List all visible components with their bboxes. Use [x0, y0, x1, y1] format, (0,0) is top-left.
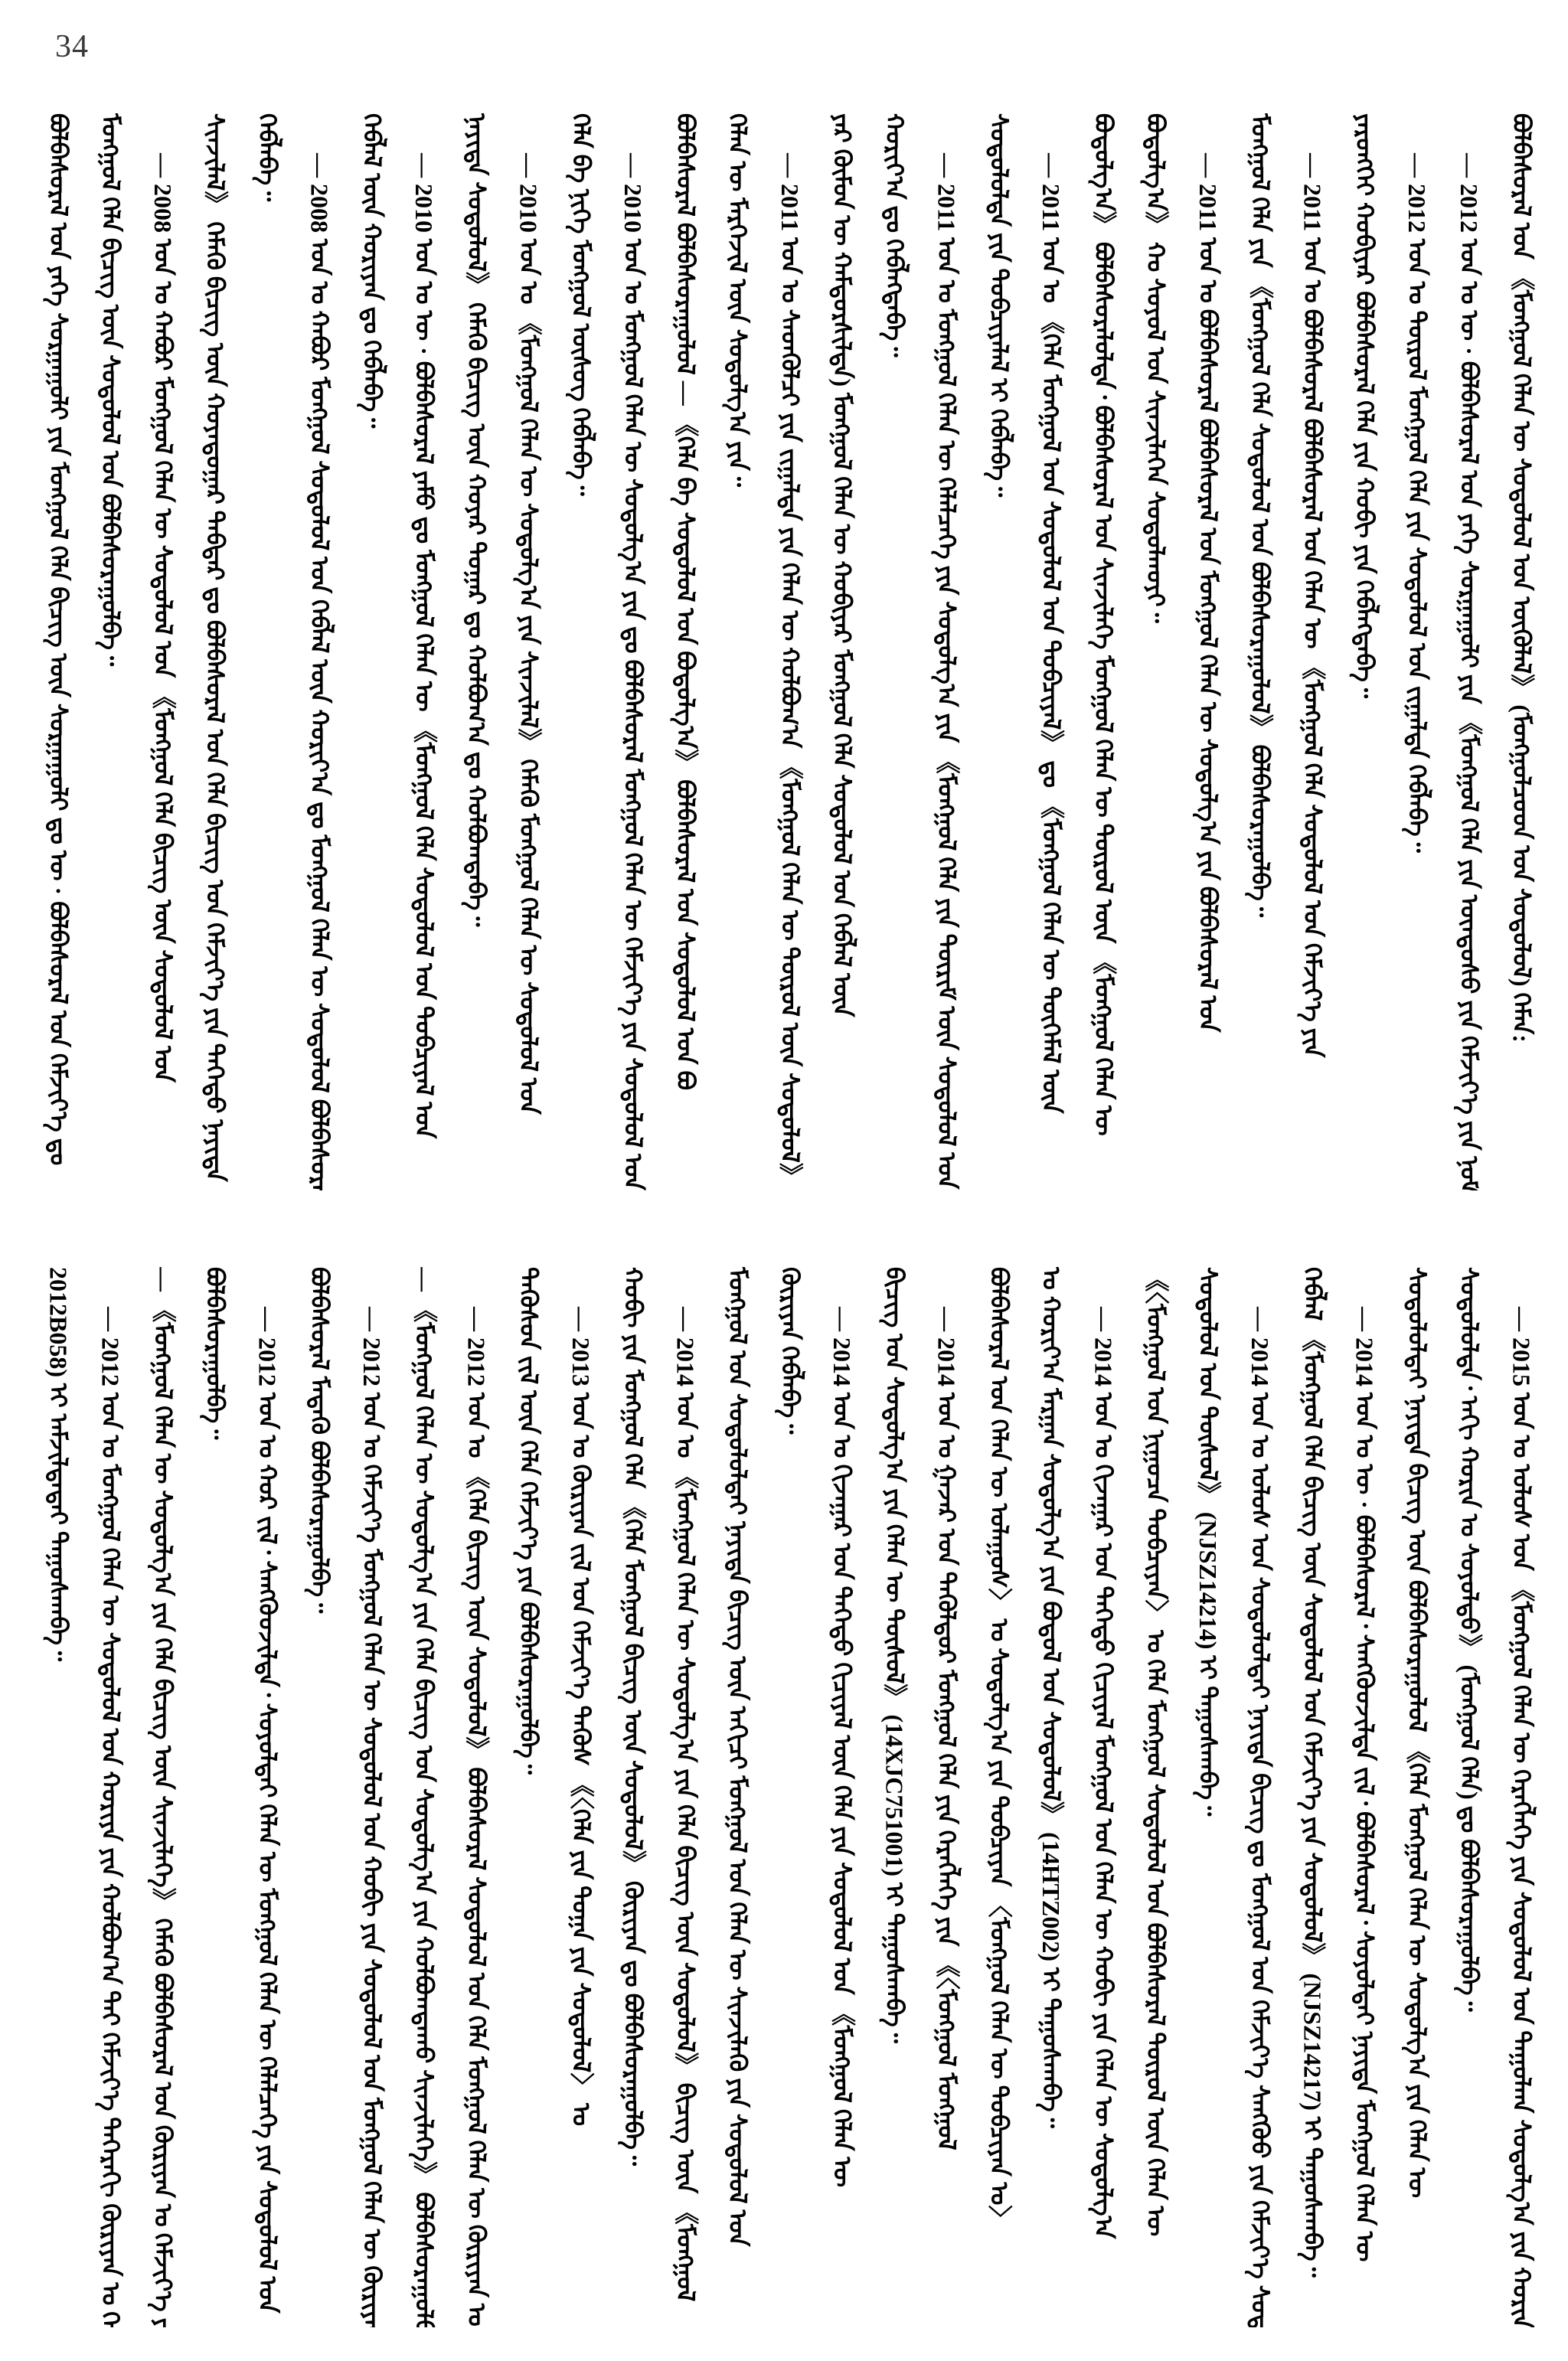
text-column: ᠮᠣᠩᠭᠣᠯ ᠬᠡᠯᠡ ᠪᠢᠴᠢᠭ ᠦᠨ ᠰᠤᠳᠤᠯᠤᠯ ᠤᠨ ᠪᠣᠯᠪᠠᠰᠤᠷ… — [84, 113, 136, 1190]
text-column: ᠰᠤᠳᠤᠯᠤᠯ ᠤᠨ ᠲᠥᠰᠥᠯ》 (NJSZ14214) ᠢ ᠳᠠᠭᠤᠰᠭᠠᠪ… — [1182, 1267, 1234, 2327]
entry-column: — 2012 ᠣᠨ ᠤ ᠲᠦᠷᠦᠯ ᠮᠣᠩᠭᠣᠯ ᠬᠡᠯᠡ ᠶᠢᠨ ᠰᠤᠳᠤᠯᠤ… — [1391, 113, 1443, 1190]
text-column: ᠬᠡᠪᠯᠡᠯ ᠦᠨ ᠬᠣᠷᠢᠶᠠᠨ ᠳᠤ ᠬᠡᠪᠯᠡᠪᠡ᠃ — [346, 113, 398, 1190]
text-column: — 《ᠮᠣᠩᠭᠣᠯ ᠬᠡᠯᠡᠨ ᠦ ᠰᠤᠳᠤᠯᠭ᠎ᠠ ᠶᠢᠨ ᠬᠡᠯᠡ ᠪᠢᠴᠢ… — [137, 1267, 189, 2327]
entry-column: — 2014 ᠣᠨ ᠤ ᠭᠠᠵᠠᠷ ᠤᠨ ᠲᠡᠭᠦᠯᠳᠦᠷ ᠮᠣᠩᠭᠣᠯ ᠬᠡᠯ… — [920, 1267, 972, 2327]
entry-column: — 2014 ᠣᠨ ᠤ ᠤᠯᠤᠰ ᠤᠨ ᠰᠤᠳᠤᠯᠤᠯᠲᠠᠢ ᠨᠡᠶᠢᠲᠡ ᠪᠢ… — [1234, 1267, 1286, 2327]
entry-column: — 2012 ᠣᠨ ᠤ ᠮᠣᠩᠭᠣᠯ ᠬᠡᠯᠡᠨ ᠦ ᠰᠤᠳᠤᠯᠤᠯ ᠤᠨ ᠬᠣ… — [84, 1267, 136, 2327]
text-column: ᠰᠤᠳᠤᠯᠤᠯᠳᠠ᠂ ᠠᠬᠢ ᠬᠣᠷᠢᠨ ᠤ ᠰᠣᠶᠣᠯᠲᠤ》 (ᠮᠣᠩᠭᠣᠯ … — [1443, 1267, 1495, 2327]
text-column: ᠬᠦᠷᠢᠶᠡᠨ ᠬᠡᠪᠯᠡᠪᠡ᠃ — [764, 1267, 816, 2327]
entry-column: — 2011 ᠣᠨ ᠤ ᠪᠣᠯᠪᠠᠰᠤᠷᠠᠯ ᠪᠣᠯᠪᠠᠰᠤᠷᠠᠯ ᠤᠨ ᠮᠣᠩ… — [1182, 113, 1234, 1190]
upper-text-block: ᠪᠣᠯᠪᠠᠰᠤᠷᠠᠯ ᠤᠨ ᠶᠡᠬᠡ ᠰᠤᠷᠭᠠᠭᠤᠯᠢ ᠶᠢᠨ ᠮᠣᠩᠭᠣᠯ … — [32, 113, 1547, 1190]
entry-column: — 2012 ᠣᠨ ᠤ ᠥ · ᠪᠣᠯᠪᠠᠰᠤᠷᠠᠯ ᠤᠨ ᠶᠡᠬᠡ ᠰᠤᠷᠭᠠ… — [1443, 113, 1495, 1190]
text-column: ᠪᠣᠳᠤᠯᠭ᠎ᠠ》 ᠪᠣᠯᠪᠠᠰᠤᠷᠠᠯᠤᠯᠳᠠ᠂ ᠪᠣᠯᠪᠠᠰᠤᠷᠠᠯ ᠤᠨ … — [1077, 113, 1129, 1190]
text-column: ᠬᠡᠯᠡᠨ ᠦ ᠮᠡᠷᠭᠡᠵᠢᠯ ᠦᠨ ᠰᠤᠳᠤᠯᠭ᠎ᠠ ᠶᠢᠨ᠃ — [711, 113, 763, 1190]
text-column: 《〈ᠮᠣᠩᠭᠣᠯ ᠤᠨ ᠨᠢᠭᠤᠴᠠ ᠲᠣᠪᠴᠢᠶᠠᠨ〉 ᠤ ᠬᠡᠯᠡ ᠮᠣᠩᠭ… — [1129, 1267, 1181, 2327]
entry-column: — 2012 ᠣᠨ ᠤ 《ᠬᠡᠯᠡ ᠪᠢᠴᠢᠭ ᠦᠨ ᠰᠤᠳᠤᠯᠤᠯ》 ᠪᠣᠯᠪ… — [450, 1267, 502, 2327]
entry-column: — 2012 ᠣᠨ ᠤ ᠬᠡᠮᠵᠢᠶ᠎ᠡ ᠮᠣᠩᠭᠣᠯ ᠬᠡᠯᠡᠨ ᠦ ᠰᠤᠳᠤ… — [346, 1267, 398, 2327]
text-column: ᠪᠣᠳᠤᠯᠭ᠎ᠠ》 ᠬᠣ ᠰᠣᠶᠣᠯ ᠤᠨ ᠰᠢᠨᠵᠢᠯᠡᠭᠡᠨ ᠰᠤᠳᠤᠯᠬᠤ… — [1129, 113, 1181, 1190]
entry-column: — 2008 ᠣᠨ ᠤ ᠬᠠᠪᠤᠷ ᠮᠣᠩᠭᠣᠯ ᠰᠤᠳᠤᠯᠤᠯ ᠤᠨ ᠬᠡᠪᠯ… — [293, 113, 345, 1190]
text-column: ᠪᠣᠯᠪᠠᠰᠤᠷᠠᠯ ᠤᠨ ᠬᠡᠯᠡᠨ ᠦ ᠤᠯᠠᠭᠤᠰ〉 ᠤ ᠰᠤᠳᠤᠯᠭ᠎ᠠ… — [973, 1267, 1025, 2327]
entry-column: — 2014 ᠣᠨ ᠤ ᠬᠢᠵᠠᠭᠠᠷ ᠤᠨ ᠳᠡᠭᠡᠳᠦ ᠬᠢᠴᠢᠶᠡᠯ ᠮᠣ… — [1077, 1267, 1129, 2327]
text-column: ᠪᠣᠯᠪᠠᠰᠤᠷᠠᠯ ᠤᠨ 《ᠮᠣᠩᠭᠣᠯ ᠬᠡᠯᠡᠨ ᠦ ᠰᠤᠳᠤᠯᠤᠯ ᠤᠨ… — [1495, 113, 1547, 1190]
document-page: 34 ᠪᠣᠯᠪᠠᠰᠤᠷᠠᠯ ᠤᠨ ᠶᠡᠬᠡ ᠰᠤᠷᠭᠠᠭᠤᠯᠢ ᠶᠢᠨ ᠮᠣᠩᠭ… — [0, 0, 1568, 2361]
text-column: — 《ᠮᠣᠩᠭᠣᠯ ᠬᠡᠯᠡᠨ ᠦ ᠰᠤᠳᠤᠯᠭ᠎ᠠ ᠶᠢᠨ ᠬᠡᠯᠡ ᠪᠢᠴᠢ… — [398, 1267, 450, 2327]
text-column: ᠪᠣᠯᠪᠠᠰᠤᠷᠠᠯ ᠤᠨ ᠶᠡᠬᠡ ᠰᠤᠷᠭᠠᠭᠤᠯᠢ ᠶᠢᠨ ᠮᠣᠩᠭᠣᠯ … — [32, 113, 84, 1190]
text-column: ᠬᠡᠯᠡ ᠪᠠ ᠨᠢᠭᠡ ᠮᠣᠩᠭᠣᠯ ᠦᠰᠦᠭ ᠬᠡᠪᠯᠡᠪᠡ᠃ — [555, 113, 607, 1190]
entry-column: — 2011 ᠣᠨ ᠤ 《ᠬᠡᠯᠡ ᠮᠣᠩᠭᠣᠯ ᠤᠨ ᠰᠤᠳᠤᠯᠤᠯ ᠤᠨ ᠲ… — [1025, 113, 1077, 1190]
text-column: ᠤ ᠬᠣᠷᠢᠶ᠎ᠠ ᠮᠠᠷᠭᠠᠨ ᠰᠤᠳᠤᠯᠭ᠎ᠠ ᠶᠢᠨ ᠪᠣᠳᠤᠯ ᠤᠨ ᠰ… — [1025, 1267, 1077, 2327]
text-column: ᠮᠣᠩᠭᠣᠯ ᠬᠡᠯᠡ ᠶᠢᠨ 《ᠮᠣᠩᠭᠣᠯ ᠬᠡᠯᠡ ᠰᠤᠳᠤᠯᠤᠯ ᠤᠨ … — [1234, 113, 1286, 1190]
text-column: ᠪᠣᠯᠪᠠᠰᠤᠷᠠᠭᠤᠯᠪᠠ᠃ — [189, 1267, 241, 2327]
text-column: ᠨᠡᠶᠢᠲᠡ ᠰᠤᠳᠤᠯᠤᠯ》 ᠬᠡᠮᠡᠬᠦ ᠪᠢᠴᠢᠭ ᠦᠨ ᠬᠣᠶᠠᠷ ᠳᠤ… — [450, 113, 502, 1190]
entry-column: — 2014 ᠣᠨ ᠤ ᠬᠢᠵᠠᠭᠠᠷ ᠤᠨ ᠳᠡᠭᠡᠳᠦ ᠬᠢᠴᠢᠶᠡᠯ ᠦᠨ… — [816, 1267, 868, 2327]
text-column: ᠪᠣᠯᠪᠠᠰᠤᠷᠠᠯ ᠮᠡᠳᠡᠭᠦ ᠪᠣᠯᠪᠠᠰᠤᠷᠠᠭᠤᠯᠪᠠ᠃ — [293, 1267, 345, 2327]
text-column: ᠬᠡᠪᠯᠡᠪᠡ᠃ — [241, 113, 293, 1190]
text-column: ᠬᠡᠪᠯᠡᠯ 《ᠮᠣᠩᠭᠣᠯ ᠬᠡᠯᠡ ᠪᠢᠴᠢᠭ ᠦᠨ ᠰᠤᠳᠤᠯᠤᠯ ᠤᠨ … — [1286, 1267, 1338, 2327]
entry-column: — 2011 ᠣᠨ ᠤ ᠮᠣᠩᠭᠣᠯ ᠬᠡᠯᠡᠨ ᠦ ᠬᠡᠯᠡᠯᠴᠡᠭᠡ ᠶᠢᠨ… — [920, 113, 972, 1190]
entry-column: — 2014 ᠣᠨ ᠤ ᠥ · ᠪᠣᠯᠪᠠᠰᠤᠷᠠᠯ᠂ ᠰᠠᠩᠬᠦᠦᠵᠢᠯᠲᠡ … — [1338, 1267, 1390, 2327]
text-column: ᠰᠤᠳᠤᠯᠤᠯᠲᠠᠢ ᠨᠡᠶᠢᠲᠡ ᠪᠢᠴᠢᠭ ᠦᠨ ᠪᠣᠯᠪᠠᠰᠤᠷᠠᠭᠤᠯᠤ… — [1391, 1267, 1443, 2327]
text-column: ᠶᠠᠷ ᠬᠦᠮᠦᠨ ᠦ ᠬᠠᠮᠲᠤᠷᠰᠢᠯᠲᠠ) ᠮᠣᠩᠭᠣᠯ ᠬᠡᠯᠡᠨ ᠦ … — [816, 113, 868, 1190]
entry-column: — 2008 ᠣᠨ ᠤ ᠬᠠᠪᠤᠷ ᠮᠣᠩᠭᠣᠯ ᠬᠡᠯᠡᠨ ᠦ ᠰᠤᠳᠤᠯᠤᠯ… — [137, 113, 189, 1190]
text-column: 2012B058) ᠢ ᠠᠮᠵᠢᠯᠲᠠᠲᠠᠢ ᠳᠠᠭᠤᠰᠭᠠᠪᠠ᠃ — [32, 1267, 84, 2327]
text-column: ᠬᠤᠪᠢ ᠶᠢᠨ ᠮᠣᠩᠭᠣᠯ ᠬᠡᠯᠡ 《ᠬᠡᠯᠡ ᠮᠣᠩᠭᠣᠯ ᠪᠢᠴᠢᠭ … — [607, 1267, 659, 2327]
text-column: ᠪᠣᠯᠪᠠᠰᠤᠷᠠᠯ ᠪᠣᠯᠪᠠᠰᠤᠷᠠᠭᠤᠯᠤᠯ — 《ᠬᠡᠯᠡ ᠪᠠ ᠰᠤᠳ… — [659, 113, 711, 1190]
text-column: ᠲᠡᠭᠦᠰᠦᠨ ᠵᠢᠯ ᠦᠨ ᠬᠡᠯᠡ ᠬᠡᠮᠵᠢᠶ᠎ᠡ ᠶᠢᠨ ᠪᠣᠯᠪᠠᠰᠤ… — [502, 1267, 554, 2327]
entry-column: — 2010 ᠣᠨ ᠤ 《ᠮᠣᠩᠭᠣᠯ ᠬᠡᠯᠡᠨ ᠦ ᠰᠤᠳᠤᠯᠭ᠎ᠠ ᠶᠢᠨ… — [502, 113, 554, 1190]
entry-column: — 2010 ᠣᠨ ᠤ ᠥ · ᠪᠣᠯᠪᠠᠰᠤᠷᠠᠯ ᠶᠠᠮᠤ ᠳᠤ ᠮᠣᠩᠭᠣ… — [398, 113, 450, 1190]
page-number: 34 — [55, 31, 89, 63]
entry-column: — 2011 ᠣᠨ ᠤ ᠰᠡᠳᠬᠦᠯᠴᠢ ᠶᠢᠨ ᠵᠢᠭᠠᠯᠲᠠ ᠶᠢᠨ ᠬᠡᠯ… — [764, 113, 816, 1190]
lower-text-block: 2012B058) ᠢ ᠠᠮᠵᠢᠯᠲᠠᠲᠠᠢ ᠳᠠᠭᠤᠰᠭᠠᠪᠠ᠃ — 2012… — [32, 1267, 1547, 2327]
entry-column: — 2010 ᠣᠨ ᠤ ᠮᠣᠩᠭᠣᠯ ᠬᠡᠯᠡᠨ ᠦ ᠰᠤᠳᠤᠯᠭ᠎ᠠ ᠶᠢᠨ … — [607, 113, 659, 1190]
entry-column: — 2014 ᠣᠨ ᠤ 《ᠮᠣᠩᠭᠣᠯ ᠬᠡᠯᠡᠨ ᠦ ᠰᠤᠳᠤᠯᠭ᠎ᠠ ᠶᠢᠨ… — [659, 1267, 711, 2327]
entry-column: — 2015 ᠣᠨ ᠤ ᠤᠯᠤᠰ ᠤᠨ 《ᠮᠣᠩᠭᠣᠯ ᠬᠡᠯᠡᠨ ᠦ ᠬᠡᠷᠡ… — [1495, 1267, 1547, 2327]
entry-column: — 2013 ᠣᠨ ᠤ ᠬᠦᠷᠢᠶᠡᠨ ᠵᠢᠯ ᠤᠨ ᠬᠡᠮᠵᠢᠶ᠎ᠡ ᠲᠡᠭᠦ… — [555, 1267, 607, 2327]
text-column: ᠰᠢᠨᠵᠢᠯᠡᠯ》 ᠬᠡᠮᠡᠬᠦ ᠪᠢᠴᠢᠭ ᠦᠨ ᠬᠣᠶᠠᠳᠤᠭᠠᠷ ᠳᠡᠪᠲ… — [189, 113, 241, 1190]
text-column: ᠰᠤᠳᠤᠯᠤᠯᠳᠠ ᠶᠢᠨ ᠲᠣᠪᠴᠢᠶᠠᠯᠠᠯ ᠢ ᠬᠡᠪᠯᠡᠪᠡ᠃ — [973, 113, 1025, 1190]
text-column: ᠶᠡᠷᠦᠩᠬᠡᠢ ᠬᠤᠪᠢᠶᠠᠷ ᠪᠣᠯᠪᠠᠰᠤᠷᠠᠯ ᠬᠡᠯᠡ ᠶᠢᠨ ᠬᠤᠪ… — [1338, 113, 1390, 1190]
text-column: ᠪᠢᠴᠢᠭ ᠤᠨ ᠰᠤᠳᠤᠯᠭ᠎ᠠ ᠶᠢᠨ ᠬᠡᠯᠡᠨ ᠦ ᠲᠥᠰᠥᠯ》 (14… — [868, 1267, 920, 2327]
entry-column: — 2011 ᠣᠨ ᠤ ᠪᠣᠯᠪᠠᠰᠤᠷᠠᠯ ᠪᠣᠯᠪᠠᠰᠤᠷᠠᠯ ᠤᠨ ᠬᠡᠯ… — [1286, 113, 1338, 1190]
entry-column: — 2012 ᠣᠨ ᠤ ᠬᠣᠷ ᠵᠢᠯ᠂ ᠰᠠᠩᠬᠦᠦᠵᠢᠯᠲᠡ᠂ ᠰᠣᠶᠣᠯᠲ… — [241, 1267, 293, 2327]
text-column: ᠬᠣᠷᠢᠶ᠎ᠠ ᠳᠤ ᠬᠡᠪᠯᠡᠭᠳᠡᠪᠡ᠃ — [868, 113, 920, 1190]
text-column: ᠮᠣᠩᠭᠣᠯ ᠤᠨ ᠰᠤᠳᠤᠯᠤᠯᠲᠠᠢ ᠨᠡᠶᠢᠲᠡ ᠪᠢᠴᠢᠭ ᠦᠨ ᠠᠬᠢ… — [711, 1267, 763, 2327]
